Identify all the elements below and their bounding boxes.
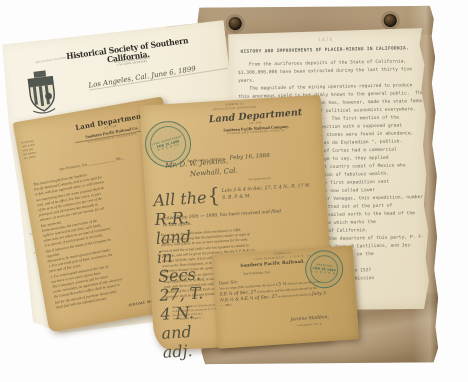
card-signature-title: Land Agent S. P. R. R. <box>297 323 322 329</box>
document-lot-photo: 1876 HISTORY AND IMPROVEMENTS OF PLACER-… <box>0 0 468 382</box>
notice-card: (FORM No. 21.) LAND DEPARTMENT — S. P. R… <box>212 245 359 349</box>
society-crest-icon <box>24 68 59 115</box>
handwritten-line: and adj. <box>161 320 219 361</box>
grommet-fastener-icon <box>384 14 397 27</box>
card-signature: Jerome Madden, <box>290 315 329 323</box>
addressee-place-handwritten: Newhall, Cal. <box>190 166 238 178</box>
card-handwritten-fill: Jany 3 <box>312 291 326 297</box>
stamp-inner-ring <box>309 254 340 285</box>
brace-glyph: { <box>207 185 221 206</box>
dateline-handwritten: Feby 16, 1888 <box>229 153 270 161</box>
card-body-text: as entered on the books of <box>278 292 312 298</box>
card-body-text: — 1884. <box>220 303 231 308</box>
manuscript-heading: HISTORY AND IMPROVEMENTS OF PLACER-MININ… <box>240 46 412 56</box>
manuscript-faint-number: 1876 <box>227 36 424 45</box>
card-office-line: San Francisco, Cal. <box>243 270 270 277</box>
card-handwritten-fill: 5 ¼ <box>278 282 287 288</box>
grommet-fastener-icon <box>229 17 242 30</box>
